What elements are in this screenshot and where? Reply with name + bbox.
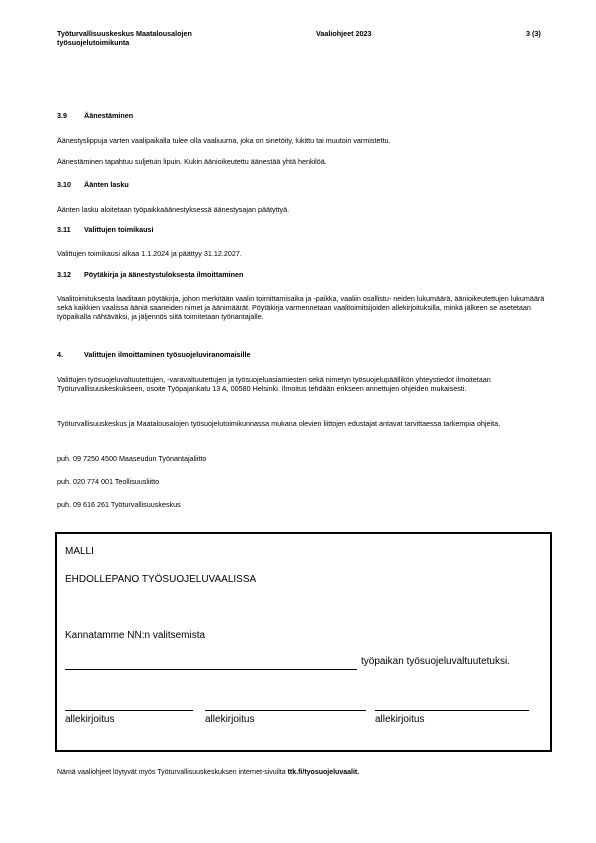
signature-label: allekirjoitus (205, 714, 254, 726)
paragraph: Vaalitoimituksesta laaditaan pöytäkirja,… (57, 294, 547, 321)
footer-note: Nämä vaaliohjeet löytyvät myös Työturval… (57, 768, 557, 777)
signature-label: allekirjoitus (375, 714, 424, 726)
section-number: 3.10 (57, 180, 84, 189)
section-heading: 3.11Valittujen toimikausi (57, 225, 557, 234)
section-heading: 3.10Äänten lasku (57, 180, 557, 189)
form-after-line-text: työpaikan työsuojeluvaltuutetuksi. (361, 656, 510, 668)
org-line-2: työsuojelutoimikunta (57, 38, 192, 47)
section-title: Pöytäkirja ja äänestystuloksesta ilmoitt… (84, 270, 243, 279)
signature-line-3[interactable] (375, 710, 529, 711)
contact-line: puh. 09 7250 4500 Maaseudun Työnantajali… (57, 454, 557, 463)
signature-label: allekirjoitus (65, 714, 114, 726)
contact-line: puh. 020 774 001 Teollisuusliitto (57, 477, 557, 486)
section-heading: 3.9Äänestäminen (57, 111, 557, 120)
paragraph: Työturvallisuuskeskus ja Maatalousalojen… (57, 419, 557, 428)
section-title: Valittujen toimikausi (84, 225, 154, 234)
nomination-form-template: MALLI EHDOLLEPANO TYÖSUOJELUVAALISSA Kan… (55, 532, 552, 752)
form-support-text: Kannatamme NN:n valitsemista (65, 630, 205, 642)
signature-line-2[interactable] (205, 710, 366, 711)
form-label: MALLI (65, 546, 94, 558)
section-title: Äänestäminen (84, 111, 133, 120)
paragraph: Valittujen työsuojeluvaltuutettujen, -va… (57, 375, 547, 393)
section-title: Valittujen ilmoittaminen työsuojeluviran… (84, 350, 251, 359)
section-number: 4. (57, 350, 84, 359)
nominee-name-line[interactable] (65, 669, 357, 670)
contact-line: puh. 09 616 261 Työturvallisuuskeskus (57, 500, 557, 509)
section-title: Äänten lasku (84, 180, 129, 189)
paragraph: Äänten lasku aloitetaan työpaikkaäänesty… (57, 205, 557, 214)
section-number: 3.12 (57, 270, 84, 279)
section-heading: 4.Valittujen ilmoittaminen työsuojeluvir… (57, 350, 557, 359)
header-organization: Työturvallisuuskeskus Maatalousalojen ty… (57, 29, 192, 47)
footer-text: Nämä vaaliohjeet löytyvät myös Työturval… (57, 769, 286, 776)
section-number: 3.11 (57, 225, 84, 234)
paragraph: Valittujen toimikausi alkaa 1.1.2024 ja … (57, 249, 557, 258)
form-title: EHDOLLEPANO TYÖSUOJELUVAALISSA (65, 574, 256, 586)
paragraph: Äänestyslippuja varten vaalipaikalla tul… (57, 136, 557, 145)
paragraph: Äänestäminen tapahtuu suljetuin lipuin. … (57, 157, 557, 166)
signature-line-1[interactable] (65, 710, 193, 711)
footer-link[interactable]: ttk.fi/tyosuojeluvaalit. (288, 769, 360, 776)
org-line-1: Työturvallisuuskeskus Maatalousalojen (57, 29, 192, 38)
page-number: 3 (3) (526, 29, 541, 38)
section-number: 3.9 (57, 111, 84, 120)
document-title: Vaaliohjeet 2023 (316, 29, 372, 38)
section-heading: 3.12Pöytäkirja ja äänestystuloksesta ilm… (57, 270, 557, 279)
